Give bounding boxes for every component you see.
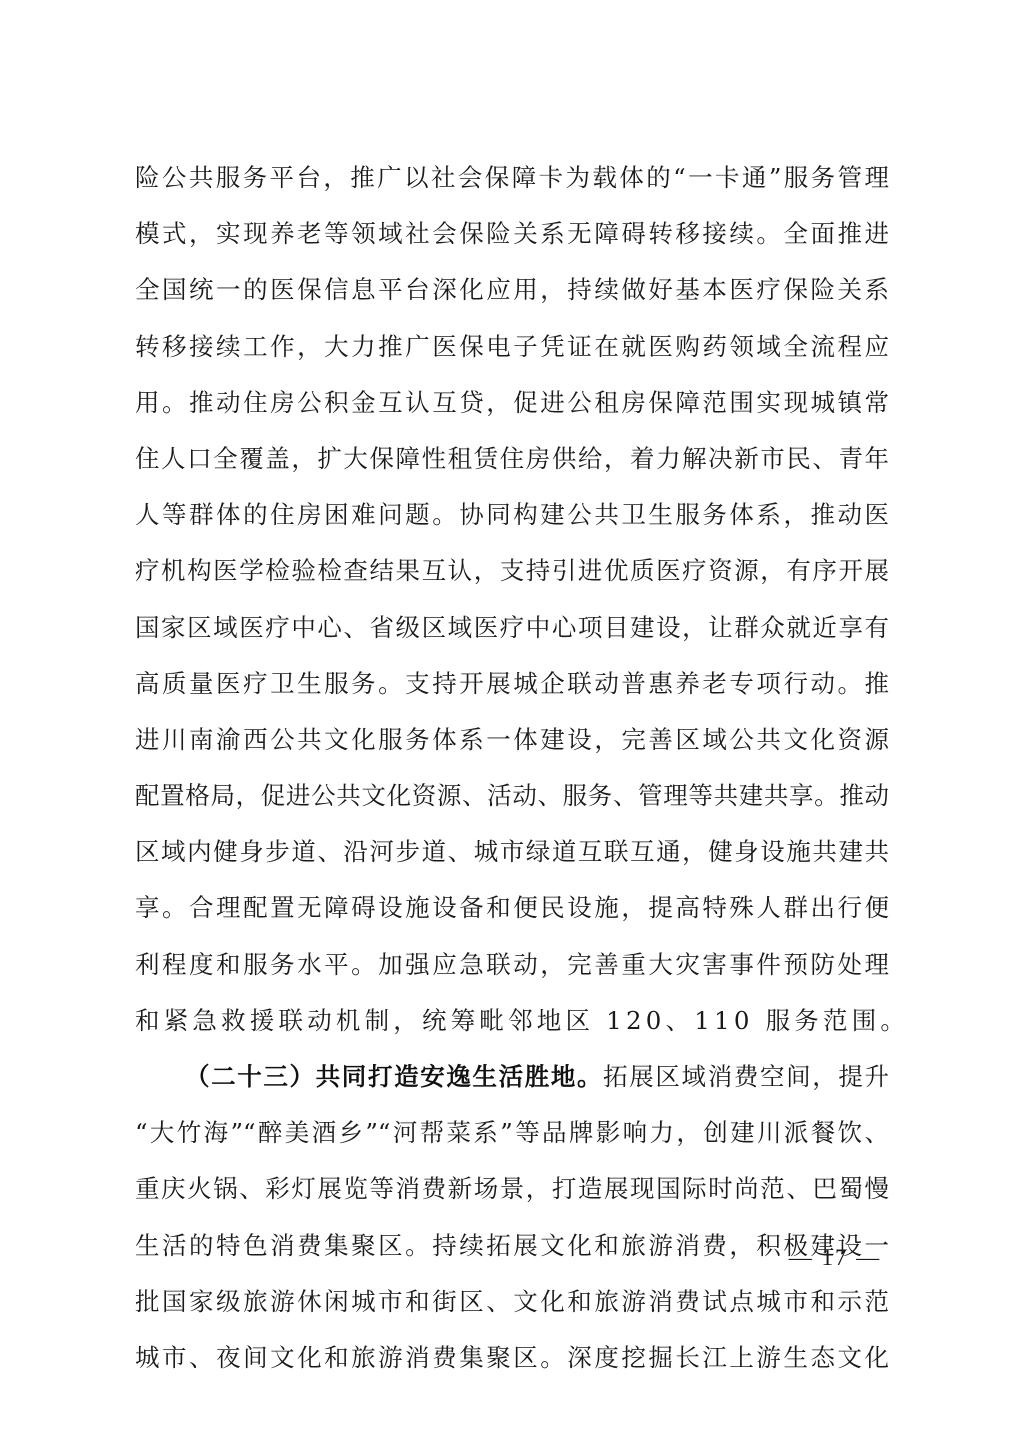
text-line: 进川南渝西公共文化服务体系一体建设，完善区域公共文化资源 — [135, 712, 889, 768]
section-heading-rest: 拓展区域消费空间，提升 — [603, 1062, 889, 1091]
text-line: 批国家级旅游休闲城市和街区、文化和旅游消费试点城市和示范 — [135, 1274, 889, 1330]
text-line: 生活的特色消费集聚区。持续拓展文化和旅游消费，积极建设一 — [135, 1218, 889, 1274]
section-heading: （二十三）共同打造安逸生活胜地。 — [185, 1062, 603, 1091]
text-line: 配置格局，促进公共文化资源、活动、服务、管理等共建共享。推动 — [135, 768, 889, 824]
text-line: 城市、夜间文化和旅游消费集聚区。深度挖掘长江上游生态文化 — [135, 1330, 889, 1386]
text-line: 住人口全覆盖，扩大保障性租赁住房供给，着力解决新市民、青年 — [135, 431, 889, 487]
document-page: 险公共服务平台，推广以社会保障卡为载体的“一卡通”服务管理 模式，实现养老等领域… — [0, 0, 1024, 1449]
text-line: 用。推动住房公积金互认互贷，促进公租房保障范围实现城镇常 — [135, 375, 889, 431]
page-number: — 17 — — [780, 1245, 890, 1271]
paragraph-end-line: 和紧急救援联动机制，统筹毗邻地区 120、110 服务范围。 — [135, 993, 889, 1049]
text-line: 疗机构医学检验检查结果互认，支持引进优质医疗资源，有序开展 — [135, 543, 889, 599]
section-heading-line: （二十三）共同打造安逸生活胜地。拓展区域消费空间，提升 — [135, 1049, 889, 1105]
text-line: 享。合理配置无障碍设施设备和便民设施，提高特殊人群出行便 — [135, 880, 889, 936]
body-text: 险公共服务平台，推广以社会保障卡为载体的“一卡通”服务管理 模式，实现养老等领域… — [135, 150, 889, 1386]
text-line: “大竹海”“醉美酒乡”“河帮菜系”等品牌影响力，创建川派餐饮、 — [135, 1105, 889, 1161]
text-line: 人等群体的住房困难问题。协同构建公共卫生服务体系，推动医 — [135, 487, 889, 543]
text-line: 险公共服务平台，推广以社会保障卡为载体的“一卡通”服务管理 — [135, 150, 889, 206]
text-line: 区域内健身步道、沿河步道、城市绿道互联互通，健身设施共建共 — [135, 824, 889, 880]
text-line: 利程度和服务水平。加强应急联动，完善重大灾害事件预防处理 — [135, 937, 889, 993]
text-line: 转移接续工作，大力推广医保电子凭证在就医购药领域全流程应 — [135, 319, 889, 375]
text-line: 重庆火锅、彩灯展览等消费新场景，打造展现国际时尚范、巴蜀慢 — [135, 1161, 889, 1217]
text-line: 国家区域医疗中心、省级区域医疗中心项目建设，让群众就近享有 — [135, 600, 889, 656]
text-line: 模式，实现养老等领域社会保险关系无障碍转移接续。全面推进 — [135, 206, 889, 262]
text-line: 全国统一的医保信息平台深化应用，持续做好基本医疗保险关系 — [135, 262, 889, 318]
text-line: 高质量医疗卫生服务。支持开展城企联动普惠养老专项行动。推 — [135, 656, 889, 712]
